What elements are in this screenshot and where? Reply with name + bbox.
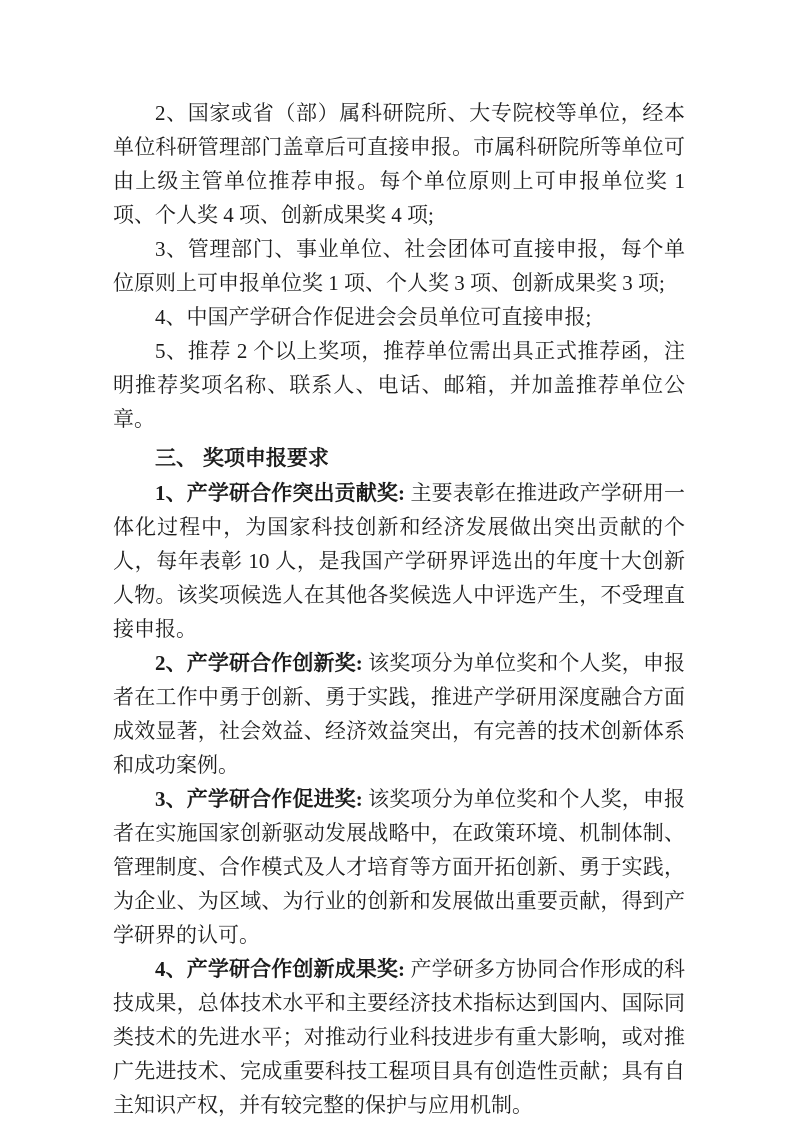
paragraph-eligibility-5: 5、推荐 2 个以上奖项，推荐单位需出具正式推荐函，注明推荐奖项名称、联系人、电… <box>113 334 685 436</box>
paragraph-award-outstanding-contribution: 1、产学研合作突出贡献奖: 主要表彰在推进政产学研用一体化过程中，为国家科技创新… <box>113 476 685 646</box>
paragraph-eligibility-4: 4、中国产学研合作促进会会员单位可直接申报; <box>113 300 685 334</box>
paragraph-text: 4、中国产学研合作促进会会员单位可直接申报; <box>155 305 591 329</box>
paragraph-award-innovation: 2、产学研合作创新奖: 该奖项分为单位奖和个人奖，申报者在工作中勇于创新、勇于实… <box>113 646 685 782</box>
award-name-label: 3、产学研合作促进奖: <box>155 787 363 811</box>
page-number: 2 <box>0 1066 794 1084</box>
paragraph-text: 主要表彰在推进政产学研用一体化过程中，为国家科技创新和经济发展做出突出贡献的个人… <box>113 481 685 641</box>
document-body: 2、国家或省（部）属科研院所、大专院校等单位，经本单位科研管理部门盖章后可直接申… <box>113 96 685 1122</box>
paragraph-eligibility-2: 2、国家或省（部）属科研院所、大专院校等单位，经本单位科研管理部门盖章后可直接申… <box>113 96 685 232</box>
paragraph-text: 2、国家或省（部）属科研院所、大专院校等单位，经本单位科研管理部门盖章后可直接申… <box>113 101 685 227</box>
award-name-label: 1、产学研合作突出贡献奖: <box>155 481 405 505</box>
section-heading-application-requirements: 三、 奖项申报要求 <box>113 442 685 476</box>
paragraph-text: 产学研多方协同合作形成的科技成果，总体技术水平和主要经济技术指标达到国内、国际同… <box>113 957 685 1117</box>
award-name-label: 4、产学研合作创新成果奖: <box>155 957 405 981</box>
paragraph-award-innovation-achievement: 4、产学研合作创新成果奖: 产学研多方协同合作形成的科技成果，总体技术水平和主要… <box>113 952 685 1122</box>
paragraph-eligibility-3: 3、管理部门、事业单位、社会团体可直接申报，每个单位原则上可申报单位奖 1 项、… <box>113 232 685 300</box>
document-page: 2、国家或省（部）属科研院所、大专院校等单位，经本单位科研管理部门盖章后可直接申… <box>0 0 794 1123</box>
paragraph-award-promotion: 3、产学研合作促进奖: 该奖项分为单位奖和个人奖，申报者在实施国家创新驱动发展战… <box>113 782 685 952</box>
paragraph-text: 3、管理部门、事业单位、社会团体可直接申报，每个单位原则上可申报单位奖 1 项、… <box>113 237 685 295</box>
paragraph-text: 该奖项分为单位奖和个人奖，申报者在实施国家创新驱动发展战略中，在政策环境、机制体… <box>113 787 685 947</box>
paragraph-text: 5、推荐 2 个以上奖项，推荐单位需出具正式推荐函，注明推荐奖项名称、联系人、电… <box>113 339 685 431</box>
award-name-label: 2、产学研合作创新奖: <box>155 651 363 675</box>
